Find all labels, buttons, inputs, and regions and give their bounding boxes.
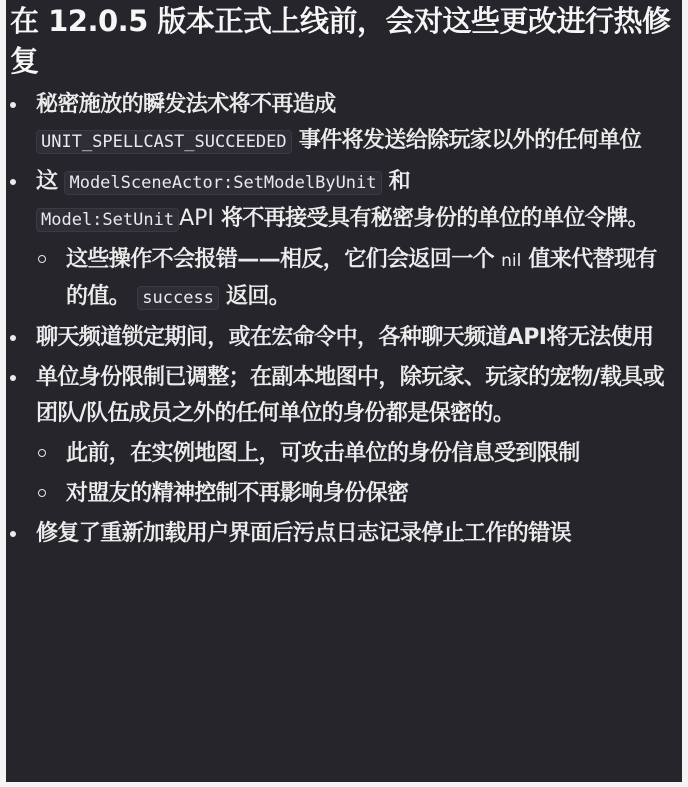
bullet-dot-icon	[10, 375, 16, 381]
item-text: 和	[389, 169, 410, 194]
item-text: 事件将发送给除玩家以外的任何单位	[299, 128, 641, 153]
bullet-dot-icon	[10, 102, 16, 108]
inline-code: ModelSceneActor:SetModelByUnit	[64, 171, 381, 195]
bullet-ring-icon	[38, 449, 46, 457]
item-text: 秘密施放的瞬发法术将不再造成	[36, 92, 336, 117]
item-text: 修复了重新加载用户界面后污点日志记录停止工作的错误	[36, 521, 571, 546]
sub-list-item: 此前，在实例地图上，可攻击单位的身份信息受到限制	[10, 436, 674, 472]
item-text: 聊天频道锁定期间，或在宏命令中，各种聊天频道API将无法使用	[36, 325, 653, 350]
item-text: API	[179, 206, 214, 231]
inline-code: Model:SetUnit	[36, 208, 179, 232]
patch-notes-content: 在 12.0.5 版本正式上线前，会对这些更改进行热修复 秘密施放的瞬发法术将不…	[10, 0, 674, 556]
list-item: 修复了重新加载用户界面后污点日志记录停止工作的错误	[10, 516, 674, 552]
bullet-dot-icon	[10, 531, 16, 537]
inline-code: success	[137, 286, 219, 310]
list-item: 聊天频道锁定期间，或在宏命令中，各种聊天频道API将无法使用	[10, 320, 674, 356]
item-text: 对盟友的精神控制不再影响身份保密	[66, 481, 408, 506]
inline-code: UNIT_SPELLCAST_SUCCEEDED	[36, 130, 292, 154]
item-text: 将不再接受具有秘密身份的单位的单位令牌。	[221, 206, 649, 231]
list-item: 这 ModelSceneActor:SetModelByUnit 和 Model…	[10, 164, 674, 238]
patch-notes-panel: 在 12.0.5 版本正式上线前，会对这些更改进行热修复 秘密施放的瞬发法术将不…	[6, 0, 682, 782]
list-item: 秘密施放的瞬发法术将不再造成 UNIT_SPELLCAST_SUCCEEDED …	[10, 87, 674, 160]
sub-list-item: 对盟友的精神控制不再影响身份保密	[10, 476, 674, 512]
item-text: 这些操作不会报错——相反，它们会返回一个	[66, 247, 494, 272]
inline-nil: nil	[501, 251, 521, 271]
bullet-dot-icon	[10, 335, 16, 341]
item-text: 单位身份限制已调整；在副本地图中，除玩家、玩家的宠物/载具或团队/队伍成员之外的…	[36, 365, 664, 426]
item-text: 此前，在实例地图上，可攻击单位的身份信息受到限制	[66, 441, 580, 466]
item-text: 返回。	[226, 284, 290, 309]
list-item: 单位身份限制已调整；在副本地图中，除玩家、玩家的宠物/载具或团队/队伍成员之外的…	[10, 360, 674, 432]
sub-list-item: 这些操作不会报错——相反，它们会返回一个 nil 值来代替现有的值。 succe…	[10, 242, 674, 316]
change-list: 秘密施放的瞬发法术将不再造成 UNIT_SPELLCAST_SUCCEEDED …	[10, 87, 674, 552]
bullet-ring-icon	[38, 489, 46, 497]
bullet-ring-icon	[38, 255, 46, 263]
item-text: 这	[36, 169, 57, 194]
bullet-dot-icon	[10, 179, 16, 185]
page-title: 在 12.0.5 版本正式上线前，会对这些更改进行热修复	[10, 0, 674, 81]
